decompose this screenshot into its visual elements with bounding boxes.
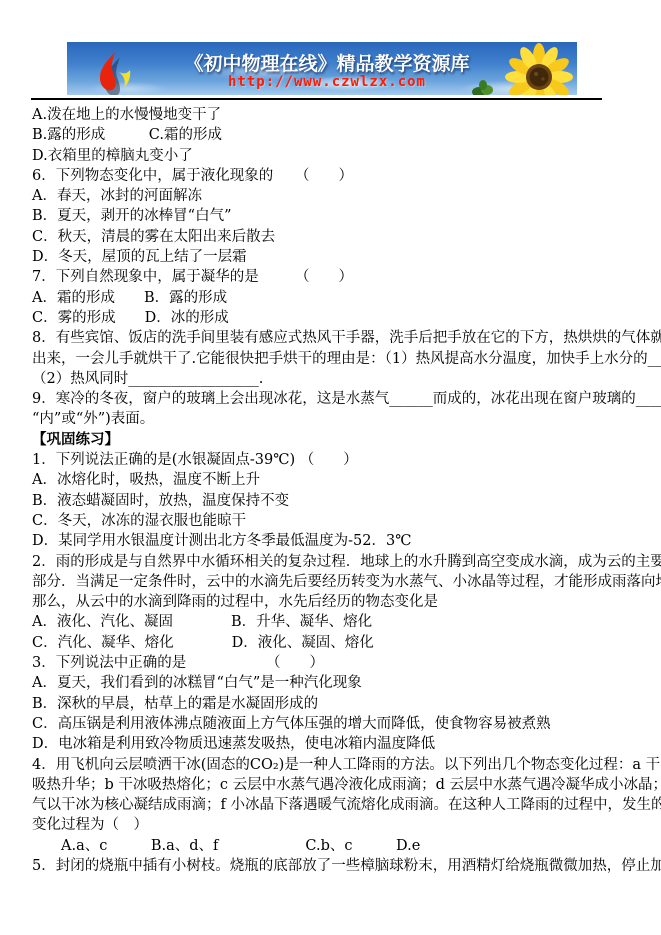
text-line: 变化过程为（ ） [32,815,636,835]
text-line: C．秋天，清晨的雾在太阳出来后散去 [32,227,636,247]
question-line: 6．下列物态变化中，属于液化现象的 （ ） [32,166,636,186]
section-header: 【巩固练习】 [32,430,636,450]
divider-line [31,98,602,100]
question-line: 5．封闭的烧瓶中插有小树枝。烧瓶的底部放了一些樟脑球粉末，用酒精灯给烧瓶微微加热… [32,856,636,876]
text-line: D.衣箱里的樟脑丸变小了 [32,146,636,166]
question-line: 7．下列自然现象中，属于凝华的是 （ ） [32,267,636,287]
text-line: 出来，一会儿手就烘干了.它能很快把手烘干的理由是：（1）热风提高水分温度，加快手… [32,349,636,369]
text-line: B．夏天，剥开的冰棒冒“白气” [32,206,636,226]
question-line: 3．下列说法中正确的是 （ ） [32,653,636,673]
text-line: 那么，从云中的水滴到降雨的过程中，水先后经历的物态变化是 [32,592,636,612]
text-line: D．冬天，屋顶的瓦上结了一层霜 [32,247,636,267]
text-line: C．汽化、凝华、熔化 D．液化、凝固、熔化 [32,633,636,653]
text-line: A．霜的形成 B．露的形成 [32,288,636,308]
worksheet-body: A.泼在地上的水慢慢地变干了 B.露的形成 C.霜的形成 D.衣箱里的樟脑丸变小… [32,105,636,876]
text-line: C．雾的形成 D．冰的形成 [32,308,636,328]
question-line: 8．有些宾馆、饭店的洗手间里装有感应式热风干手器，洗手后把手放在它的下方，热烘烘… [32,328,636,348]
flame-logo-icon [93,51,135,95]
text-line: C．冬天，冰冻的湿衣服也能晾干 [32,511,636,531]
text-line: A．液化、汽化、凝固 B．升华、凝华、熔化 [32,612,636,632]
text-line: D．电冰箱是利用致冷物质迅速蒸发吸热，使电冰箱内温度降低 [32,734,636,754]
sunflower-icon [493,42,577,95]
question-line: 4．用飞机向云层喷洒干冰(固态的CO₂)是一种人工降雨的方法。以下列出几个物态变… [32,755,636,775]
text-line: A．春天，冰封的河面解冻 [32,186,636,206]
banner-image: 《初中物理在线》精品教学资源库 http://www.czwlzx.com [67,42,577,95]
question-line: 2．雨的形成是与自然界中水循环相关的复杂过程．地球上的水升腾到高空变成水滴，成为… [32,552,636,572]
text-line: A．夏天，我们看到的冰糕冒“白气”是一种汽化现象 [32,673,636,693]
text-line: B．液态蜡凝固时，放热，温度保持不变 [32,491,636,511]
text-line: A．冰熔化时，吸热，温度不断上升 [32,470,636,490]
text-line: C．高压锅是利用液体沸点随液面上方气体压强的增大而降低，使食物容易被煮熟 [32,714,636,734]
question-line: 9．寒冷的冬夜，窗户的玻璃上会出现冰花，这是水蒸气______而成的，冰花出现在… [32,389,636,409]
text-line: （2）热风同时__________________. [32,369,636,389]
text-line: 气以干冰为核心凝结成雨滴；f 小冰晶下落遇暖气流熔化成雨滴。在这种人工降雨的过程… [32,795,636,815]
document-page: { "banner": { "title": "《初中物理在线》精品教学资源库"… [0,0,661,935]
banner-url: http://www.czwlzx.com [147,74,507,90]
question-line: 1．下列说法正确的是(水银凝固点-39℃) （ ） [32,450,636,470]
text-line: “内”或“外”)表面。 [32,409,636,429]
text-line: B．深秋的早晨，枯草上的霜是水凝固形成的 [32,694,636,714]
text-line: 吸热升华；b 干冰吸热熔化；c 云层中水蒸气遇冷液化成雨滴；d 云层中水蒸气遇冷… [32,775,636,795]
banner-title: 《初中物理在线》精品教学资源库 [147,49,507,76]
text-line: A.泼在地上的水慢慢地变干了 [32,105,636,125]
text-line: B.露的形成 C.霜的形成 [32,125,636,145]
text-line: A.a、c B.a、d、f C.b、c D.e [32,836,636,856]
text-line: D．某同学用水银温度计测出北方冬季最低温度为-52．3℃ [32,531,636,551]
text-line: 部分．当满足一定条件时，云中的水滴先后要经历转变为水蒸气、小冰晶等过程，才能形成… [32,572,636,592]
